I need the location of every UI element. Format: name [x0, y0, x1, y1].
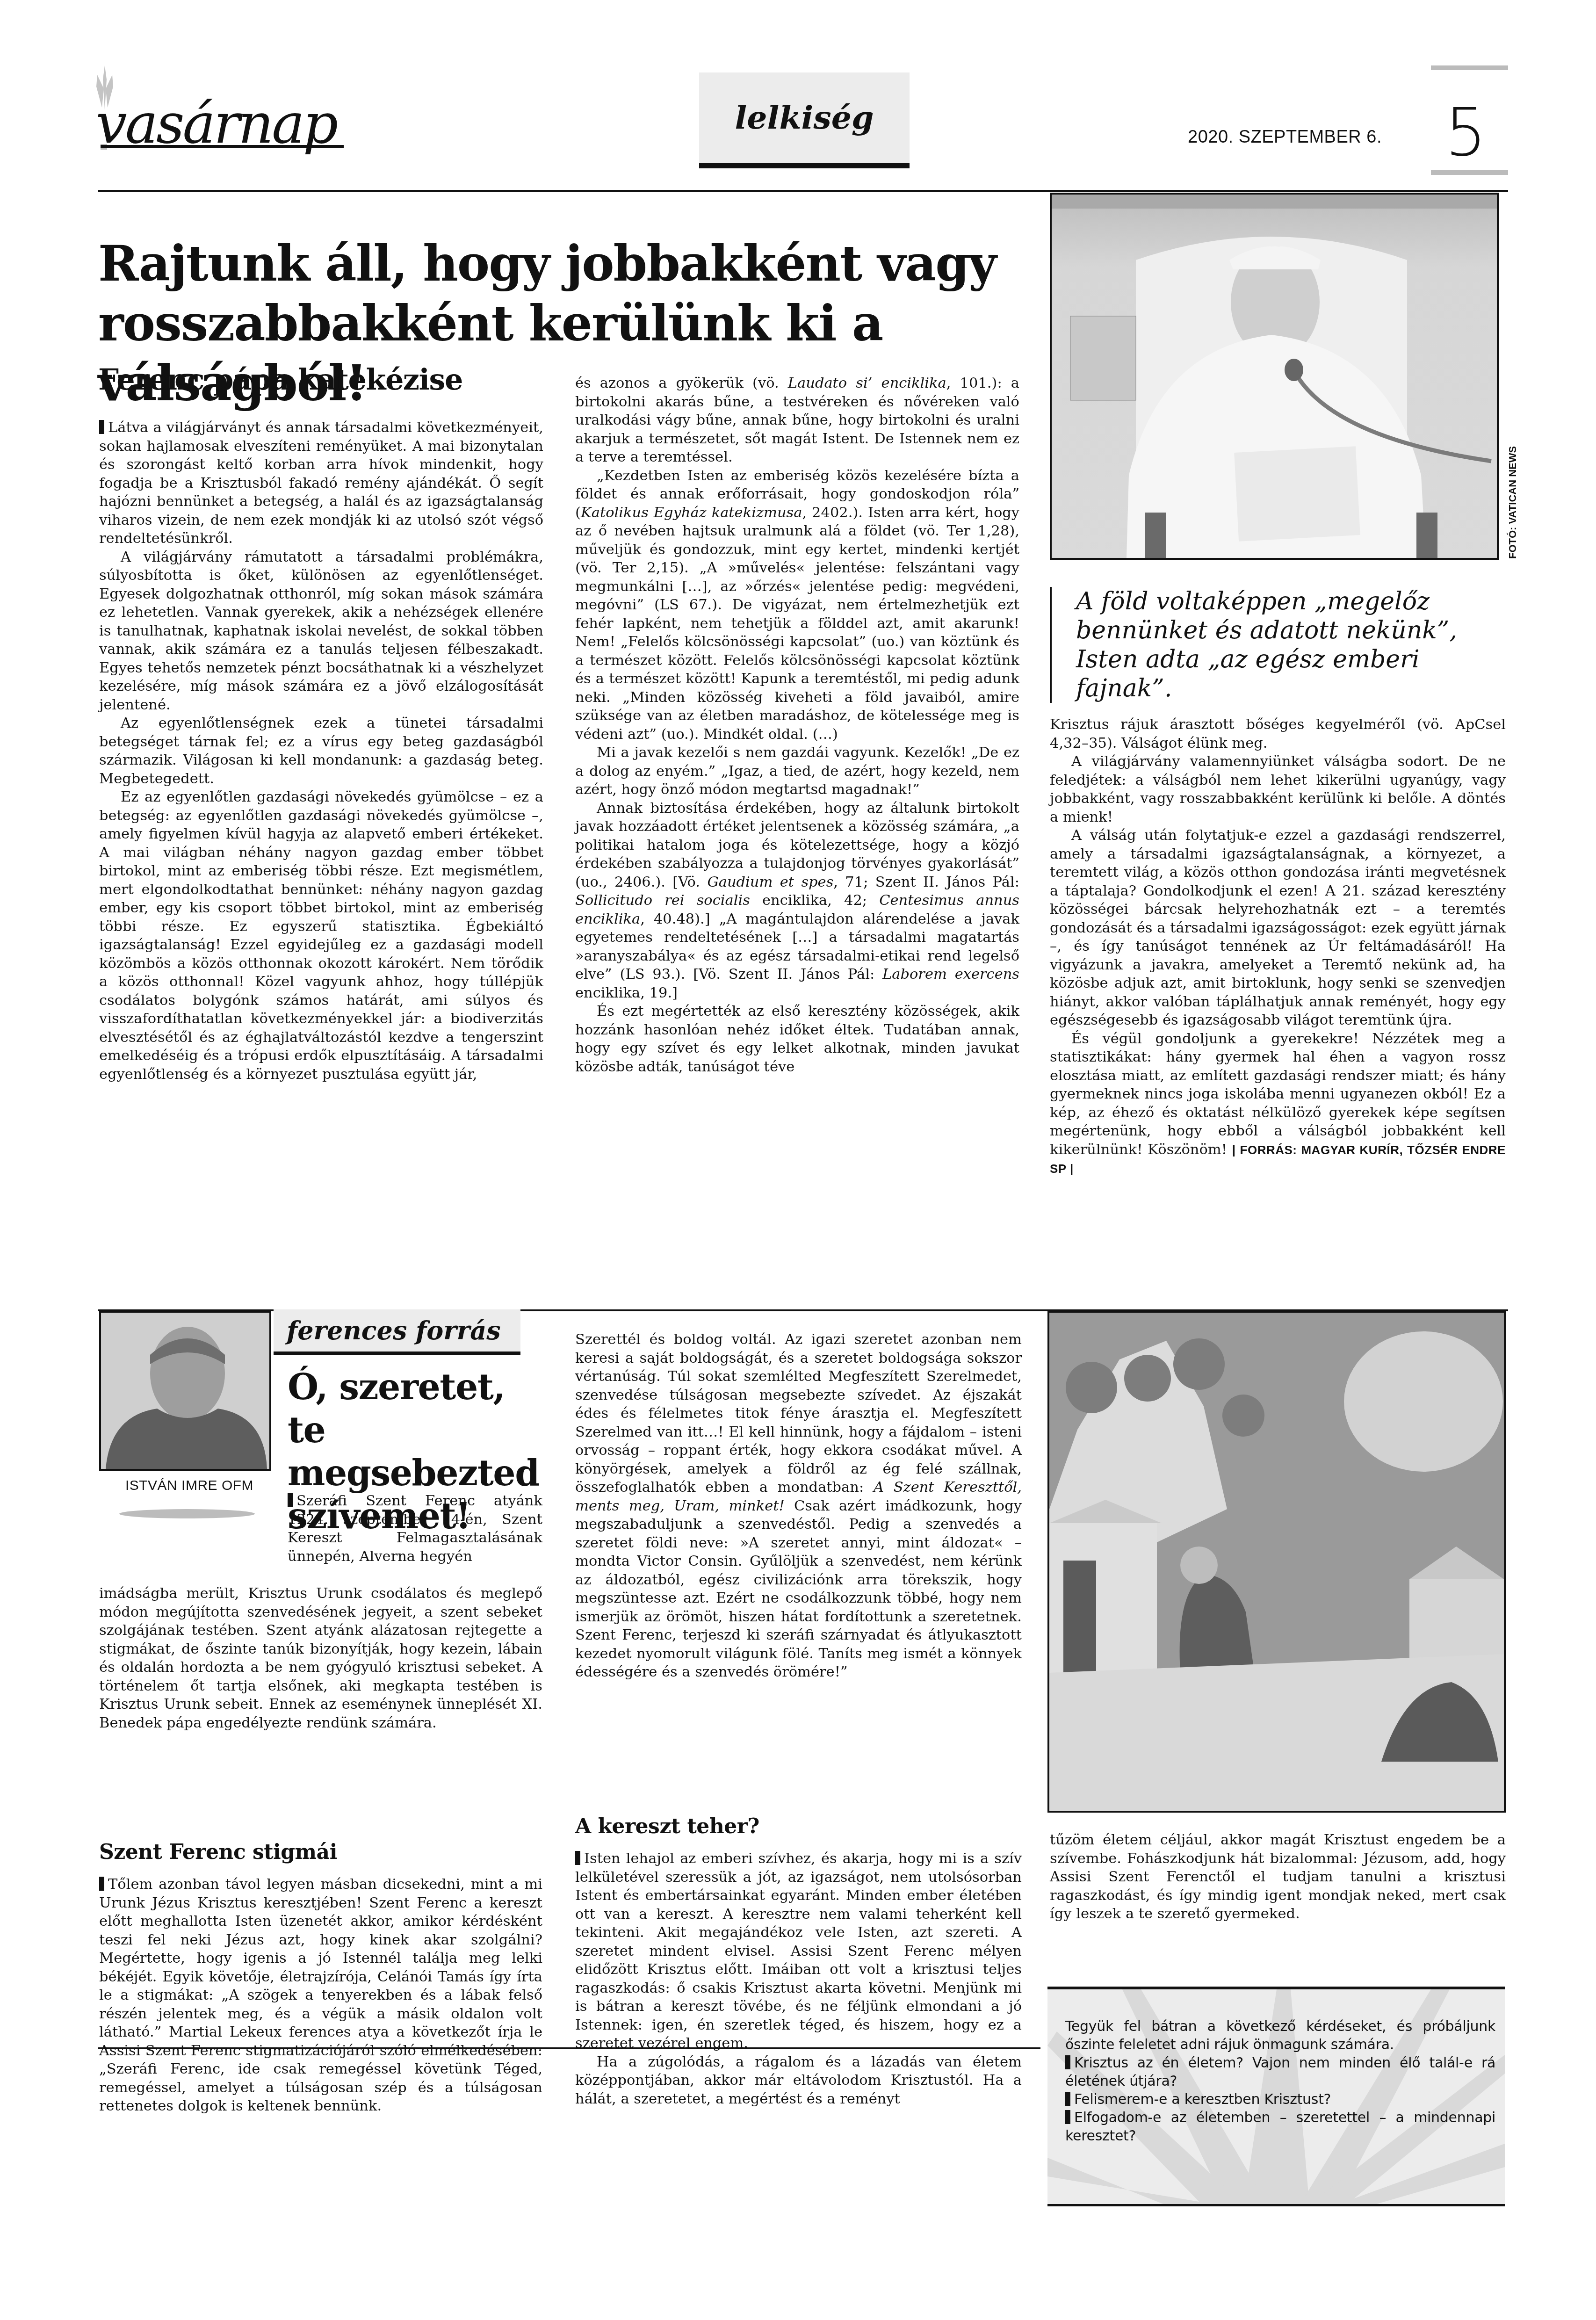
paragraph: Isten lehajol az emberi szívhez, és akar…: [575, 1850, 1022, 2053]
paragraph: Az egyenlőtlenségnek ezek a tünetei társ…: [99, 714, 543, 788]
lead-marker-icon: [99, 420, 104, 434]
paragraph: Krisztus rájuk árasztott bőséges kegyelm…: [1050, 716, 1506, 752]
masthead-logo[interactable]: vasárnap: [96, 96, 336, 151]
paragraph: Ha a zúgolódás, a rágalom és a lázadás v…: [575, 2053, 1022, 2109]
section-label: lelkiség: [699, 72, 910, 168]
author-portrait-illustration: [101, 1313, 269, 1469]
paragraph: A világjárvány rámutatott a társadalmi p…: [99, 548, 543, 715]
issue-date: 2020. SZEPTEMBER 6.: [1188, 127, 1382, 147]
column-kicker-text: ferences forrás: [287, 1315, 501, 1345]
lead-marker-icon: [575, 1851, 580, 1865]
cross-text: Isten lehajol az emberi szívhez, és akar…: [575, 1850, 1022, 2108]
article-column-3: Krisztus rájuk árasztott bőséges kegyelm…: [1050, 716, 1506, 1178]
stigmata-text: Tőlem azonban távol legyen másban dicsek…: [99, 1875, 542, 2116]
fresco-illustration: [1049, 1313, 1504, 1811]
page-number-bar-top: [1431, 65, 1508, 70]
question-item: Elfogadom-e az életemben – szeretettel –…: [1065, 2109, 1495, 2145]
column-article-col3: tűzöm életem céljául, akkor magát Kriszt…: [1050, 1831, 1506, 1923]
paragraph: Látva a világjárványt és annak társadalm…: [99, 419, 543, 548]
fresco-image: [1047, 1311, 1506, 1813]
questions-content: Tegyük fel bátran a következő kérdéseket…: [1065, 2017, 1495, 2145]
page-number-bar-bottom: [1431, 170, 1508, 175]
paragraph: Mi a javak kezelői s nem gazdái vagyunk.…: [575, 744, 1019, 799]
bottom-rule: [98, 2047, 1040, 2049]
article-subhead: Ferenc pápa katekézise: [98, 362, 462, 397]
paragraph: imádságba merült, Krisztus Urunk csodála…: [99, 1584, 542, 1732]
paragraph: A válság után folytatjuk-e ezzel a gazda…: [1050, 826, 1506, 1030]
paragraph: Szeráfi Szent Ferenc atyánk 1224. szepte…: [288, 1492, 542, 1566]
column-kicker: ferences forrás: [274, 1309, 520, 1355]
paragraph: Ez az egyenlőtlen gazdasági növekedés gy…: [99, 788, 543, 1084]
header-rule: [98, 190, 1508, 192]
masthead-underline: [101, 145, 344, 148]
author-photo: [99, 1311, 271, 1471]
reflection-questions-box: Tegyük fel bátran a következő kérdéseket…: [1047, 1987, 1505, 2206]
paragraph: Annak biztosítása érdekében, hogy az ált…: [575, 799, 1019, 1003]
paragraph: Szerettél és boldog voltál. Az igazi sze…: [575, 1330, 1022, 1682]
article-column-2: és azonos a gyökerük (vö. Laudato si’ en…: [575, 374, 1019, 1076]
column-intro-narrow: Szeráfi Szent Ferenc atyánk 1224. szepte…: [288, 1492, 542, 1566]
paragraph: és azonos a gyökerük (vö. Laudato si’ en…: [575, 374, 1019, 467]
pull-quote: A föld voltaképpen „megelőz bennünket és…: [1050, 587, 1520, 703]
bullet-icon: [1065, 2055, 1070, 2069]
pope-photo: [1050, 193, 1499, 560]
section-heading-cross: A kereszt teher?: [575, 1814, 759, 1838]
paragraph: És végül gondoljunk a gyerekekre! Nézzét…: [1050, 1030, 1506, 1178]
author-name: ISTVÁN IMRE OFM: [105, 1478, 274, 1494]
photo-credit: FOTÓ: VATICAN NEWS: [1507, 446, 1519, 559]
author-name-underline: [119, 1509, 255, 1518]
lead-marker-icon: [288, 1493, 293, 1507]
column-article-col2: Szerettél és boldog voltál. Az igazi sze…: [575, 1330, 1022, 1682]
paragraph: A világjárvány valamennyiünket válságba …: [1050, 752, 1506, 826]
bullet-icon: [1065, 2110, 1070, 2124]
section-label-text: lelkiség: [735, 99, 874, 137]
lead-marker-icon: [99, 1877, 104, 1891]
pope-photo-illustration: [1052, 195, 1497, 558]
section-heading-stigmata: Szent Ferenc stigmái: [99, 1840, 337, 1864]
page-number: 5: [1445, 101, 1487, 166]
bullet-icon: [1065, 2092, 1070, 2106]
question-item: Krisztus az én életem? Vajon nem minden …: [1065, 2054, 1495, 2090]
questions-intro: Tegyük fel bátran a következő kérdéseket…: [1065, 2017, 1495, 2054]
article-column-1: Látva a világjárványt és annak társadalm…: [99, 419, 543, 1084]
paragraph: Tőlem azonban távol legyen másban dicsek…: [99, 1875, 542, 2116]
paragraph: tűzöm életem céljául, akkor magát Kriszt…: [1050, 1831, 1506, 1923]
question-item: Felismerem-e a keresztben Krisztust?: [1065, 2090, 1495, 2109]
column-intro-wide: imádságba merült, Krisztus Urunk csodála…: [99, 1584, 542, 1732]
paragraph: És ezt megértették az első keresztény kö…: [575, 1002, 1019, 1076]
paragraph: „Kezdetben Isten az emberiség közös keze…: [575, 467, 1019, 744]
